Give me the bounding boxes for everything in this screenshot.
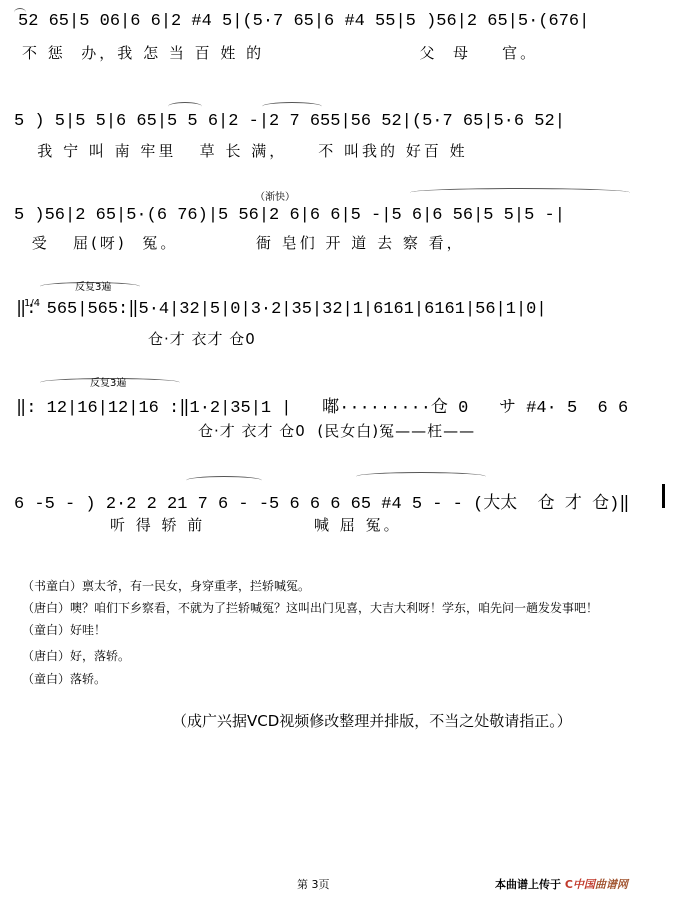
credit-note: （成广兴据VCD视频修改整理并排版，不当之处敬请指正。）: [172, 710, 572, 731]
site-logo-icon: C: [565, 878, 573, 891]
score-line-6-notes: 6 -5 - ) 2·2 2 21 7 6 - -5 6 6 6 65 #4 5…: [14, 488, 630, 514]
score-line-5-lyrics: 仓·才 衣才 仓0 (民女白)冤——枉——: [198, 420, 475, 441]
score-line-5-notes: ‖: 12|16|12|16 :‖1·2|35|1 | 嘟·········仓 …: [16, 392, 628, 418]
score-line-2-notes: 5 ) 5|5 5|6 65|5 5 6|2 -|2 7 655|56 52|(…: [14, 112, 565, 131]
score-line-1-notes: 52 65|5 06|6 6|2 #4 5|(5·7 65|6 #4 55|5 …: [18, 12, 589, 31]
score-line-2-lyrics: 我 宁 叫 南 牢里 草 长 满， 不 叫我的 好百 姓: [14, 140, 468, 161]
slur: [168, 102, 202, 111]
repeat-marking: 反复3遍: [75, 278, 111, 293]
slur: [186, 476, 262, 485]
dialogue-line: （唐白）噢？咱们下乡察看，不就为了拦轿喊冤？这叫出门见喜，大吉大利呀！学东，咱先…: [22, 599, 598, 616]
slur: [262, 102, 322, 111]
source-prefix: 本曲谱上传于: [495, 878, 561, 891]
site-logo-text-qupu: 曲谱网: [595, 878, 628, 891]
dialogue-line: （书童白）禀太爷，有一民女，身穿重孝，拦轿喊冤。: [22, 577, 310, 594]
final-barline: [662, 484, 665, 508]
page-number: 第 3页: [297, 876, 330, 892]
score-line-4-notes: ‖: 565|565:‖5·4|32|5|0|3·2|35|32|1|6161|…: [16, 298, 547, 319]
dialogue-line: （童白）好哇！: [22, 621, 106, 638]
repeat-marking: 反复3遍: [90, 374, 126, 389]
score-line-6-lyrics: 听 得 轿 前 喊 屈 冤。: [110, 514, 402, 535]
dialogue-line: （童白）落轿。: [22, 670, 106, 687]
score-line-3-lyrics: 受 屈(呀) 冤。 衙 皂们 开 道 去 察 看，: [24, 232, 465, 253]
dialogue-line: （唐白）好，落轿。: [22, 647, 130, 664]
score-line-1-lyrics: 不 惩 办，我 怎 当 百 姓 的 父 母 官。: [22, 42, 538, 63]
tempo-marking: （渐快）: [255, 188, 295, 203]
score-line-4-lyrics: 仓·才 衣才 仓0: [148, 328, 256, 349]
score-line-3-notes: 5 )56|2 65|5·(6 76)|5 56|2 6|6 6|5 -|5 6…: [14, 206, 565, 225]
slur: [356, 472, 486, 481]
slur: [410, 188, 630, 197]
source-attribution: 本曲谱上传于 C中国曲谱网: [495, 876, 628, 892]
site-logo-text-china: 中国: [573, 878, 595, 891]
